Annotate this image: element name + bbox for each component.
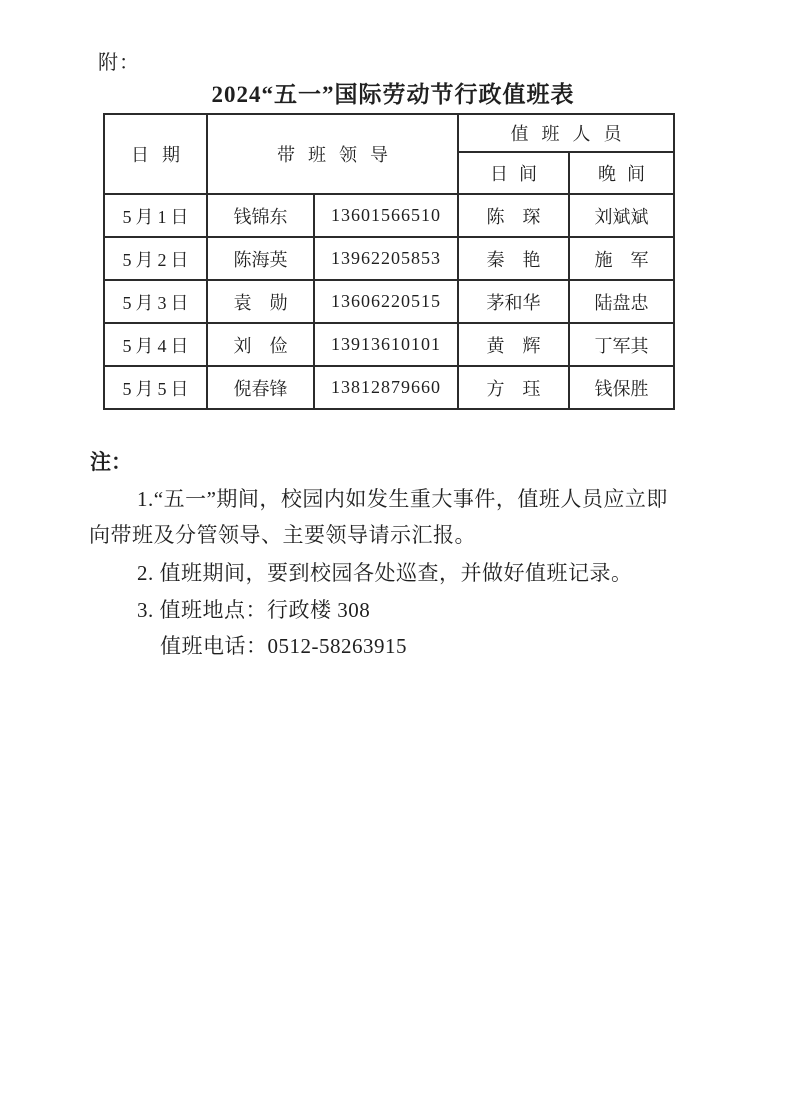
night-duty-cell: 丁军其	[569, 323, 674, 366]
leader-phone-cell: 13913610101	[314, 323, 458, 366]
header-duty-staff: 值班人员	[458, 114, 674, 152]
night-duty-cell: 钱保胜	[569, 366, 674, 409]
note-3-duty-location: 3. 值班地点：行政楼 308	[137, 594, 370, 624]
leader-name-cell: 陈海英	[207, 237, 314, 280]
header-date: 日期	[104, 114, 207, 194]
document-page: 附： 2024“五一”国际劳动节行政值班表 日期 带班领导 值班人员 日间 晚间…	[0, 0, 786, 1112]
night-duty-cell: 刘斌斌	[569, 194, 674, 237]
attachment-label: 附：	[98, 46, 140, 75]
leader-phone-cell: 13601566510	[314, 194, 458, 237]
page-title: 2024“五一”国际劳动节行政值班表	[0, 76, 786, 109]
day-duty-cell: 茅和华	[458, 280, 569, 323]
leader-name-cell: 倪春锋	[207, 366, 314, 409]
table-row: 5月1日 钱锦东 13601566510 陈 琛 刘斌斌	[104, 194, 674, 237]
note-2: 2. 值班期间，要到校园各处巡查，并做好值班记录。	[137, 557, 633, 587]
day-duty-cell: 秦 艳	[458, 237, 569, 280]
header-night: 晚间	[569, 152, 674, 194]
date-cell: 5月1日	[104, 194, 207, 237]
note-1-line-2: 向带班及分管领导、主要领导请示汇报。	[89, 519, 476, 549]
date-cell: 5月5日	[104, 366, 207, 409]
note-1-line-1: 1.“五一”期间，校园内如发生重大事件，值班人员应立即	[137, 483, 668, 513]
day-duty-cell: 方 珏	[458, 366, 569, 409]
duty-schedule-table: 日期 带班领导 值班人员 日间 晚间 5月1日 钱锦东 13601566510 …	[103, 113, 675, 410]
notes-label: 注：	[90, 446, 132, 476]
table-row: 5月5日 倪春锋 13812879660 方 珏 钱保胜	[104, 366, 674, 409]
night-duty-cell: 陆盘忠	[569, 280, 674, 323]
leader-name-cell: 袁 勋	[207, 280, 314, 323]
table-row: 5月3日 袁 勋 13606220515 茅和华 陆盘忠	[104, 280, 674, 323]
leader-name-cell: 钱锦东	[207, 194, 314, 237]
table-header-row-1: 日期 带班领导 值班人员	[104, 114, 674, 152]
header-daytime: 日间	[458, 152, 569, 194]
night-duty-cell: 施 军	[569, 237, 674, 280]
leader-phone-cell: 13812879660	[314, 366, 458, 409]
date-cell: 5月3日	[104, 280, 207, 323]
day-duty-cell: 黄 辉	[458, 323, 569, 366]
note-4-duty-phone: 值班电话：0512-58263915	[160, 630, 407, 660]
date-cell: 5月2日	[104, 237, 207, 280]
table-row: 5月4日 刘 俭 13913610101 黄 辉 丁军其	[104, 323, 674, 366]
date-cell: 5月4日	[104, 323, 207, 366]
day-duty-cell: 陈 琛	[458, 194, 569, 237]
leader-phone-cell: 13606220515	[314, 280, 458, 323]
header-lead-leader: 带班领导	[207, 114, 458, 194]
table-row: 5月2日 陈海英 13962205853 秦 艳 施 军	[104, 237, 674, 280]
leader-name-cell: 刘 俭	[207, 323, 314, 366]
leader-phone-cell: 13962205853	[314, 237, 458, 280]
